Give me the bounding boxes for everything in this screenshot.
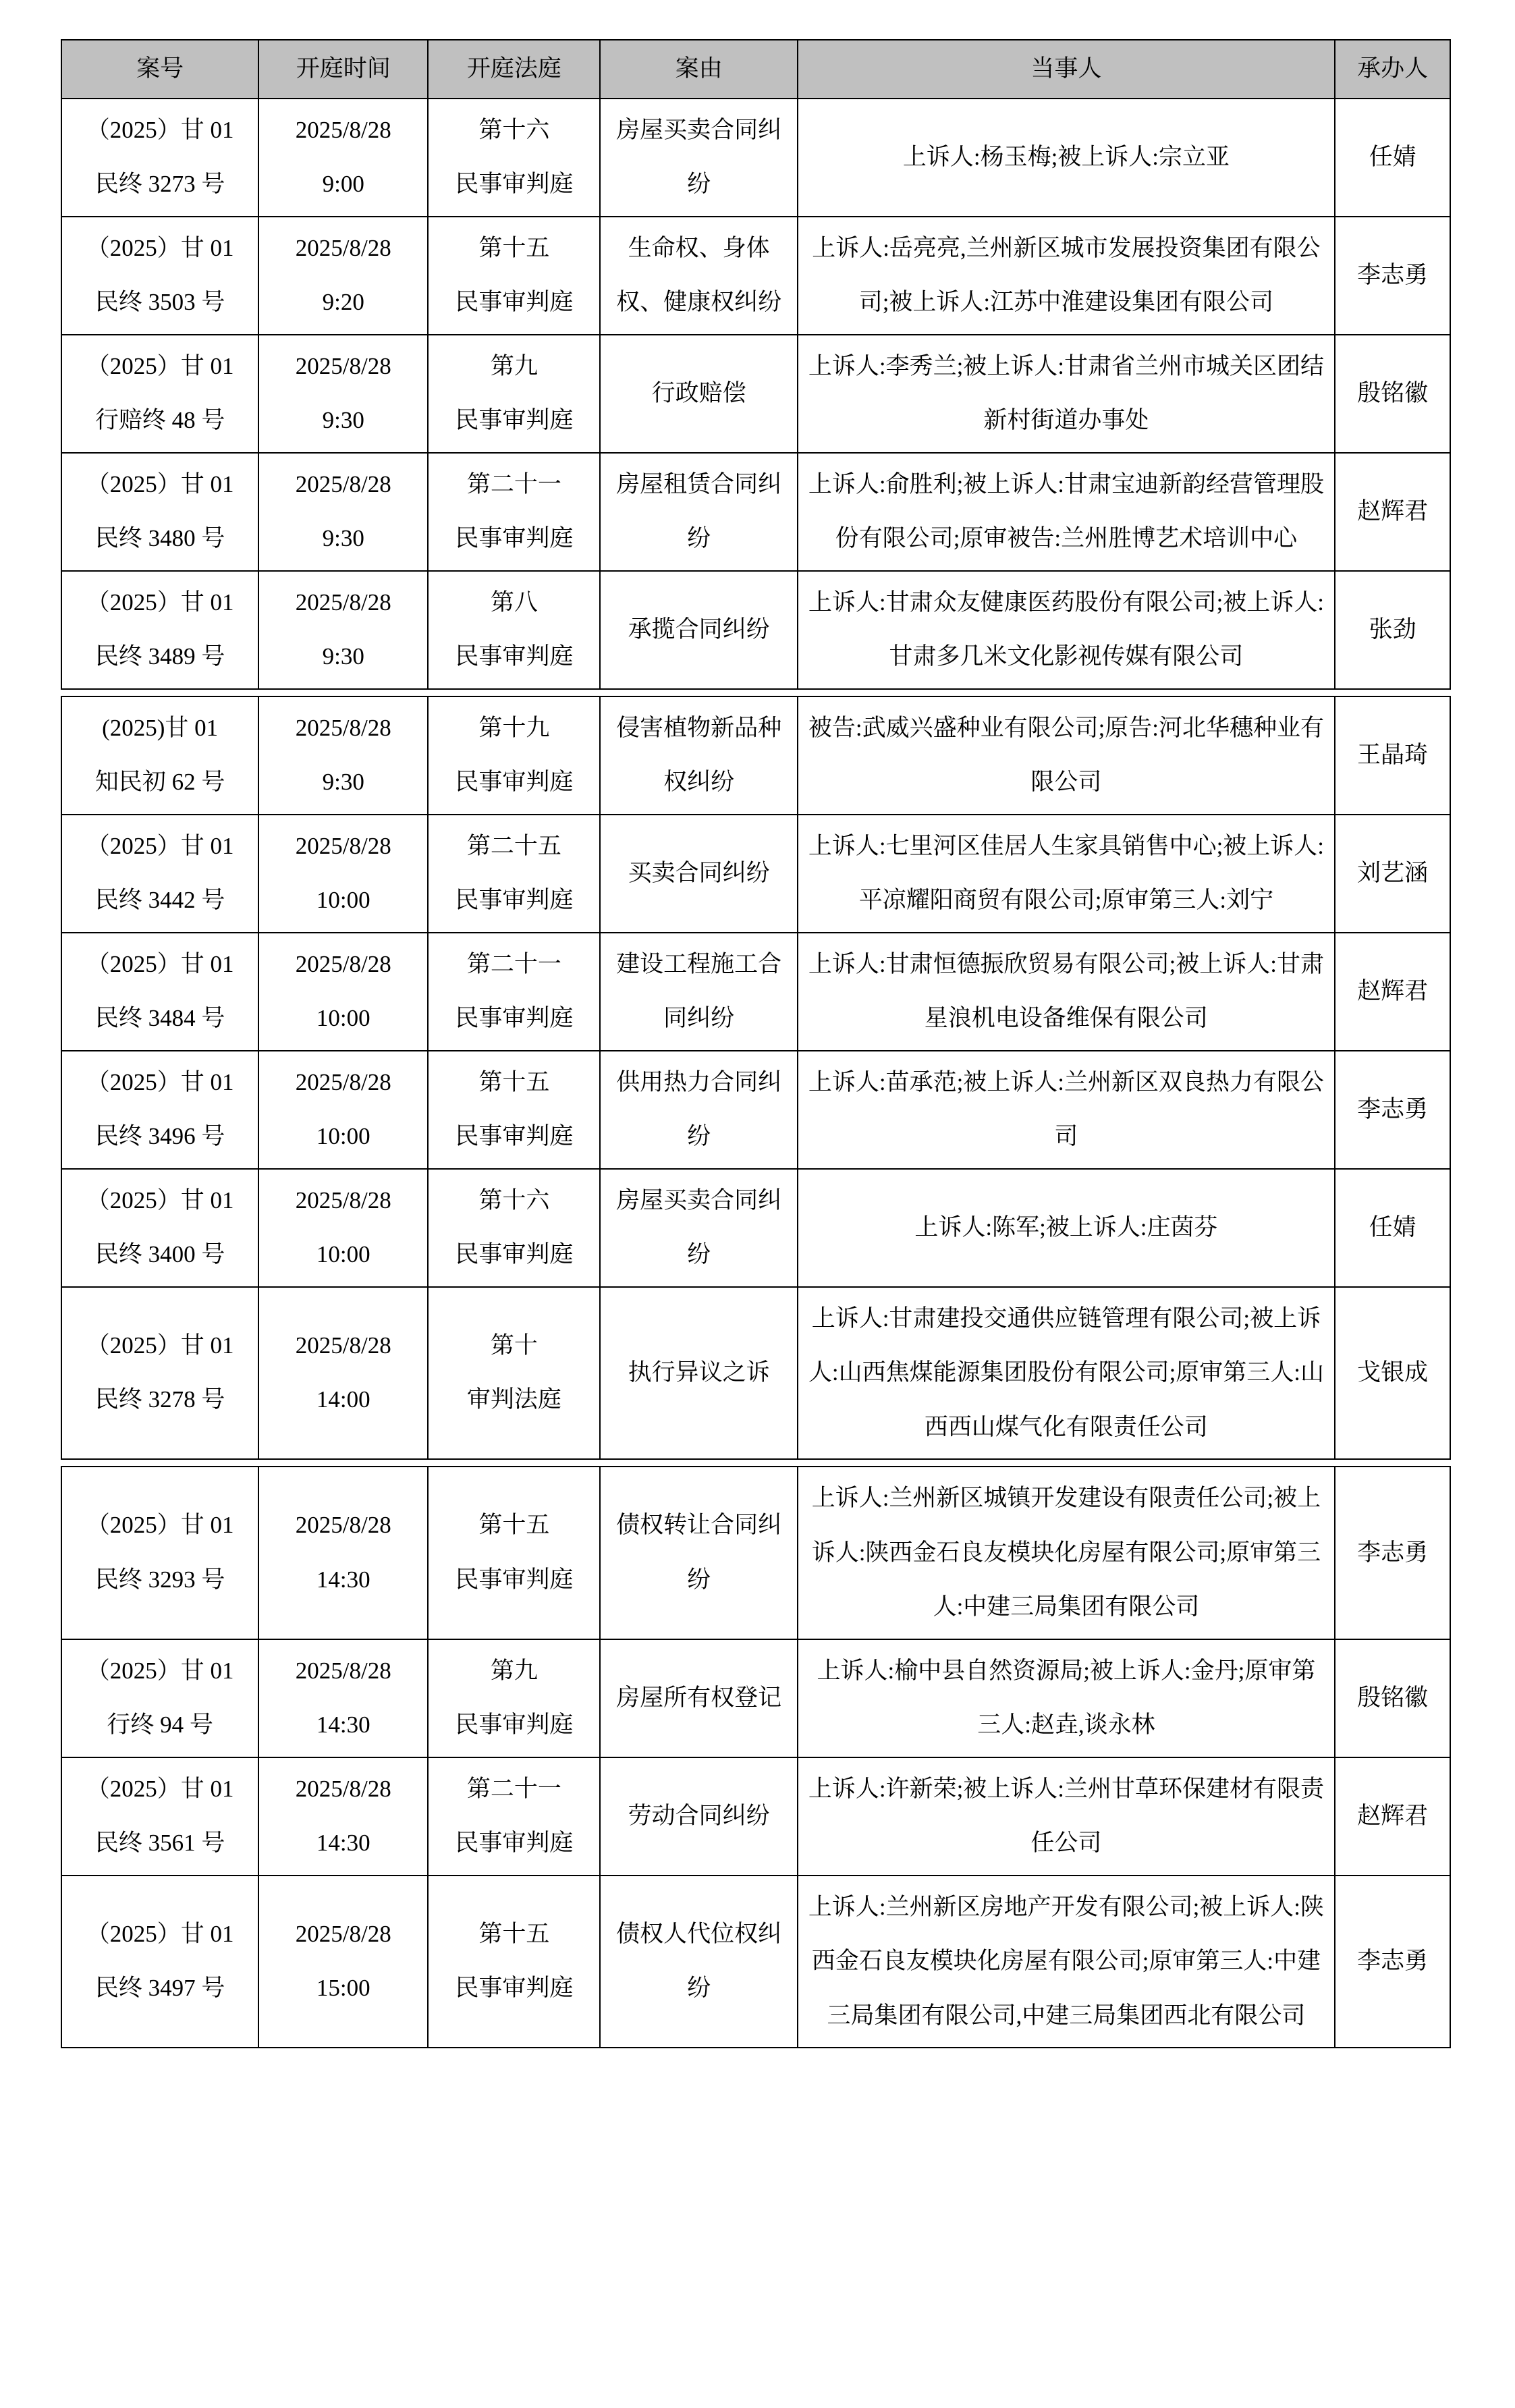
- case-number-cell: （2025）甘 01 民终 3489 号: [61, 571, 258, 689]
- handler-cell: 王晶琦: [1335, 696, 1450, 815]
- courtroom-cell: 第十 审判法庭: [428, 1287, 600, 1460]
- col-header-cause: 案由: [600, 40, 797, 99]
- courtroom-cell: 第九 民事审判庭: [428, 1639, 600, 1757]
- handler-cell: 刘艺涵: [1335, 815, 1450, 933]
- case-number-cell: （2025）甘 01 民终 3400 号: [61, 1169, 258, 1287]
- hearing-time-cell: 2025/8/28 9:20: [258, 217, 428, 335]
- hearing-time-cell: 2025/8/28 9:30: [258, 696, 428, 815]
- parties-cell: 上诉人:陈军;被上诉人:庄茵芬: [798, 1169, 1335, 1287]
- handler-cell: 李志勇: [1335, 1467, 1450, 1639]
- hearing-time-cell: 2025/8/28 9:30: [258, 453, 428, 571]
- table-row: （2025）甘 01 民终 3561 号 2025/8/28 14:30 第二十…: [61, 1757, 1450, 1876]
- parties-cell: 上诉人:甘肃众友健康医药股份有限公司;被上诉人:甘肃多几米文化影视传媒有限公司: [798, 571, 1335, 689]
- hearing-time-cell: 2025/8/28 9:00: [258, 99, 428, 217]
- courtroom-cell: 第十九 民事审判庭: [428, 696, 600, 815]
- handler-cell: 任婧: [1335, 1169, 1450, 1287]
- courtroom-cell: 第八 民事审判庭: [428, 571, 600, 689]
- case-number-cell: （2025）甘 01 民终 3278 号: [61, 1287, 258, 1460]
- handler-cell: 殷铭徽: [1335, 1639, 1450, 1757]
- handler-cell: 李志勇: [1335, 1876, 1450, 2048]
- case-number-cell: （2025）甘 01 民终 3442 号: [61, 815, 258, 933]
- courtroom-cell: 第二十一 民事审判庭: [428, 933, 600, 1051]
- handler-cell: 任婧: [1335, 99, 1450, 217]
- handler-cell: 赵辉君: [1335, 1757, 1450, 1876]
- col-header-courtroom: 开庭法庭: [428, 40, 600, 99]
- col-header-parties: 当事人: [798, 40, 1335, 99]
- table-row: （2025）甘 01 民终 3489 号 2025/8/28 9:30 第八 民…: [61, 571, 1450, 689]
- case-number-cell: （2025）甘 01 民终 3273 号: [61, 99, 258, 217]
- case-number-cell: （2025）甘 01 民终 3497 号: [61, 1876, 258, 2048]
- table-row: (2025)甘 01 知民初 62 号 2025/8/28 9:30 第十九 民…: [61, 696, 1450, 815]
- handler-cell: 戈银成: [1335, 1287, 1450, 1460]
- case-number-cell: （2025）甘 01 民终 3503 号: [61, 217, 258, 335]
- courtroom-cell: 第二十一 民事审判庭: [428, 453, 600, 571]
- handler-cell: 张劲: [1335, 571, 1450, 689]
- case-number-cell: (2025)甘 01 知民初 62 号: [61, 696, 258, 815]
- col-header-case-no: 案号: [61, 40, 258, 99]
- cause-of-action-cell: 生命权、身体权、健康权纠纷: [600, 217, 797, 335]
- parties-cell: 上诉人:许新荣;被上诉人:兰州甘草环保建材有限责任公司: [798, 1757, 1335, 1876]
- cause-of-action-cell: 供用热力合同纠纷: [600, 1051, 797, 1169]
- cause-of-action-cell: 劳动合同纠纷: [600, 1757, 797, 1876]
- courtroom-cell: 第十五 民事审判庭: [428, 1876, 600, 2048]
- cause-of-action-cell: 房屋买卖合同纠纷: [600, 1169, 797, 1287]
- case-number-cell: （2025）甘 01 行赔终 48 号: [61, 335, 258, 453]
- courtroom-cell: 第二十一 民事审判庭: [428, 1757, 600, 1876]
- handler-cell: 殷铭徽: [1335, 335, 1450, 453]
- parties-cell: 上诉人:俞胜利;被上诉人:甘肃宝迪新韵经营管理股份有限公司;原审被告:兰州胜博艺…: [798, 453, 1335, 571]
- parties-cell: 上诉人:榆中县自然资源局;被上诉人:金丹;原审第三人:赵垚,谈永林: [798, 1639, 1335, 1757]
- parties-cell: 上诉人:杨玉梅;被上诉人:宗立亚: [798, 99, 1335, 217]
- parties-cell: 上诉人:甘肃建投交通供应链管理有限公司;被上诉人:山西焦煤能源集团股份有限公司;…: [798, 1287, 1335, 1460]
- col-header-hearing-time: 开庭时间: [258, 40, 428, 99]
- parties-cell: 上诉人:兰州新区城镇开发建设有限责任公司;被上诉人:陕西金石良友模块化房屋有限公…: [798, 1467, 1335, 1639]
- case-number-cell: （2025）甘 01 民终 3480 号: [61, 453, 258, 571]
- hearing-time-cell: 2025/8/28 10:00: [258, 1051, 428, 1169]
- case-number-cell: （2025）甘 01 民终 3496 号: [61, 1051, 258, 1169]
- cause-of-action-cell: 承揽合同纠纷: [600, 571, 797, 689]
- courtroom-cell: 第十六 民事审判庭: [428, 1169, 600, 1287]
- schedule-table: 案号 开庭时间 开庭法庭 案由 当事人 承办人 （2025）甘 01 民终 32…: [61, 39, 1451, 690]
- parties-cell: 上诉人:岳亮亮,兰州新区城市发展投资集团有限公司;被上诉人:江苏中淮建设集团有限…: [798, 217, 1335, 335]
- cause-of-action-cell: 房屋买卖合同纠纷: [600, 99, 797, 217]
- case-number-cell: （2025）甘 01 民终 3484 号: [61, 933, 258, 1051]
- schedule-table: （2025）甘 01 民终 3293 号 2025/8/28 14:30 第十五…: [61, 1466, 1451, 2048]
- table-row: （2025）甘 01 民终 3278 号 2025/8/28 14:00 第十 …: [61, 1287, 1450, 1460]
- cause-of-action-cell: 房屋租赁合同纠纷: [600, 453, 797, 571]
- parties-cell: 上诉人:甘肃恒德振欣贸易有限公司;被上诉人:甘肃星浪机电设备维保有限公司: [798, 933, 1335, 1051]
- case-number-cell: （2025）甘 01 民终 3561 号: [61, 1757, 258, 1876]
- hearing-time-cell: 2025/8/28 14:30: [258, 1467, 428, 1639]
- courtroom-cell: 第二十五 民事审判庭: [428, 815, 600, 933]
- table-row: （2025）甘 01 民终 3497 号 2025/8/28 15:00 第十五…: [61, 1876, 1450, 2048]
- handler-cell: 赵辉君: [1335, 453, 1450, 571]
- table-row: （2025）甘 01 民终 3293 号 2025/8/28 14:30 第十五…: [61, 1467, 1450, 1639]
- cause-of-action-cell: 执行异议之诉: [600, 1287, 797, 1460]
- table-row: （2025）甘 01 民终 3496 号 2025/8/28 10:00 第十五…: [61, 1051, 1450, 1169]
- cause-of-action-cell: 债权人代位权纠纷: [600, 1876, 797, 2048]
- table-header-row: 案号 开庭时间 开庭法庭 案由 当事人 承办人: [61, 40, 1450, 99]
- table-row: （2025）甘 01 民终 3480 号 2025/8/28 9:30 第二十一…: [61, 453, 1450, 571]
- case-number-cell: （2025）甘 01 行终 94 号: [61, 1639, 258, 1757]
- parties-cell: 被告:武威兴盛种业有限公司;原告:河北华穗种业有限公司: [798, 696, 1335, 815]
- hearing-time-cell: 2025/8/28 9:30: [258, 335, 428, 453]
- hearing-time-cell: 2025/8/28 14:30: [258, 1639, 428, 1757]
- hearing-time-cell: 2025/8/28 9:30: [258, 571, 428, 689]
- cause-of-action-cell: 行政赔偿: [600, 335, 797, 453]
- table-row: （2025）甘 01 行赔终 48 号 2025/8/28 9:30 第九 民事…: [61, 335, 1450, 453]
- handler-cell: 赵辉君: [1335, 933, 1450, 1051]
- courtroom-cell: 第十五 民事审判庭: [428, 217, 600, 335]
- cause-of-action-cell: 债权转让合同纠纷: [600, 1467, 797, 1639]
- schedule-sections: 案号 开庭时间 开庭法庭 案由 当事人 承办人 （2025）甘 01 民终 32…: [61, 39, 1451, 2048]
- cause-of-action-cell: 买卖合同纠纷: [600, 815, 797, 933]
- hearing-time-cell: 2025/8/28 14:30: [258, 1757, 428, 1876]
- courtroom-cell: 第九 民事审判庭: [428, 335, 600, 453]
- cause-of-action-cell: 建设工程施工合同纠纷: [600, 933, 797, 1051]
- table-row: （2025）甘 01 行终 94 号 2025/8/28 14:30 第九 民事…: [61, 1639, 1450, 1757]
- cause-of-action-cell: 侵害植物新品种权纠纷: [600, 696, 797, 815]
- courtroom-cell: 第十五 民事审判庭: [428, 1467, 600, 1639]
- table-row: （2025）甘 01 民终 3400 号 2025/8/28 10:00 第十六…: [61, 1169, 1450, 1287]
- parties-cell: 上诉人:七里河区佳居人生家具销售中心;被上诉人:平凉耀阳商贸有限公司;原审第三人…: [798, 815, 1335, 933]
- table-row: （2025）甘 01 民终 3442 号 2025/8/28 10:00 第二十…: [61, 815, 1450, 933]
- schedule-table: (2025)甘 01 知民初 62 号 2025/8/28 9:30 第十九 民…: [61, 696, 1451, 1460]
- table-row: （2025）甘 01 民终 3484 号 2025/8/28 10:00 第二十…: [61, 933, 1450, 1051]
- handler-cell: 李志勇: [1335, 217, 1450, 335]
- courtroom-cell: 第十五 民事审判庭: [428, 1051, 600, 1169]
- hearing-time-cell: 2025/8/28 10:00: [258, 1169, 428, 1287]
- parties-cell: 上诉人:李秀兰;被上诉人:甘肃省兰州市城关区团结新村街道办事处: [798, 335, 1335, 453]
- case-number-cell: （2025）甘 01 民终 3293 号: [61, 1467, 258, 1639]
- hearing-time-cell: 2025/8/28 14:00: [258, 1287, 428, 1460]
- hearing-time-cell: 2025/8/28 10:00: [258, 933, 428, 1051]
- court-hearing-schedule-page: 案号 开庭时间 开庭法庭 案由 当事人 承办人 （2025）甘 01 民终 32…: [0, 0, 1515, 2408]
- cause-of-action-cell: 房屋所有权登记: [600, 1639, 797, 1757]
- handler-cell: 李志勇: [1335, 1051, 1450, 1169]
- table-row: （2025）甘 01 民终 3503 号 2025/8/28 9:20 第十五 …: [61, 217, 1450, 335]
- hearing-time-cell: 2025/8/28 15:00: [258, 1876, 428, 2048]
- hearing-time-cell: 2025/8/28 10:00: [258, 815, 428, 933]
- col-header-handler: 承办人: [1335, 40, 1450, 99]
- table-row: （2025）甘 01 民终 3273 号 2025/8/28 9:00 第十六 …: [61, 99, 1450, 217]
- courtroom-cell: 第十六 民事审判庭: [428, 99, 600, 217]
- parties-cell: 上诉人:苗承范;被上诉人:兰州新区双良热力有限公司: [798, 1051, 1335, 1169]
- parties-cell: 上诉人:兰州新区房地产开发有限公司;被上诉人:陕西金石良友模块化房屋有限公司;原…: [798, 1876, 1335, 2048]
